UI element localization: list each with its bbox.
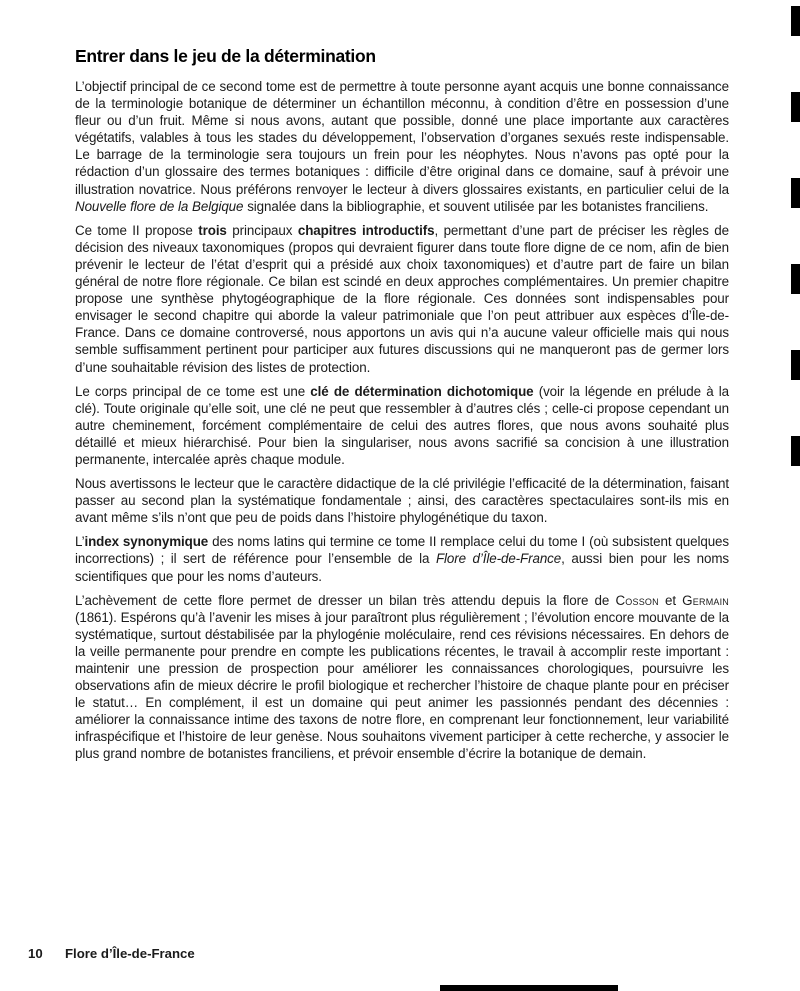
text-run: L’achèvement de cette flore permet de dr… [75,593,615,608]
edge-collation-mark [791,6,800,36]
text-run: Germain [682,593,729,608]
text-run: et [659,593,682,608]
bottom-collation-bar [440,985,618,991]
edge-collation-mark [791,350,800,380]
page-footer: 10 Flore d’Île-de-France [28,946,195,961]
page-content: Entrer dans le jeu de la détermination L… [75,46,729,763]
paragraph: Nous avertissons le lecteur que le carac… [75,475,729,526]
edge-collation-mark [791,264,800,294]
body-text: L’objectif principal de ce second tome e… [75,78,729,763]
text-run: L’objectif principal de ce second tome e… [75,79,729,197]
text-run: Flore d’Île-de-France [436,551,561,566]
book-title-footer: Flore d’Île-de-France [65,946,195,961]
paragraph: L’index synonymique des noms latins qui … [75,533,729,584]
text-run: principaux [227,223,298,238]
paragraph: L’objectif principal de ce second tome e… [75,78,729,215]
edge-collation-mark [791,436,800,466]
text-run: signalée dans la bibliographie, et souve… [243,199,708,214]
text-run: Le corps principal de ce tome est une [75,384,310,399]
text-run: , permettant d’une part de préciser les … [75,223,729,375]
text-run: Nouvelle flore de la Belgique [75,199,243,214]
paragraph: L’achèvement de cette flore permet de dr… [75,592,729,763]
edge-collation-mark [791,178,800,208]
scanned-book-page: { "page": { "heading": "Entrer dans le j… [0,0,800,991]
paragraph: Le corps principal de ce tome est une cl… [75,383,729,468]
text-run: Nous avertissons le lecteur que le carac… [75,476,729,525]
text-run: clé de détermination dichotomique [310,384,533,399]
text-run: chapitres introductifs [298,223,435,238]
text-run: (1861). Espérons qu’à l’avenir les mises… [75,610,729,762]
text-run: Ce tome II propose [75,223,198,238]
text-run: Cosson [615,593,658,608]
page-number: 10 [28,946,65,961]
text-run: trois [198,223,227,238]
edge-collation-mark [791,92,800,122]
text-run: index synonymique [84,534,208,549]
paragraph: Ce tome II propose trois principaux chap… [75,222,729,376]
page-title: Entrer dans le jeu de la détermination [75,46,729,66]
book-page: Entrer dans le jeu de la détermination L… [0,0,800,991]
